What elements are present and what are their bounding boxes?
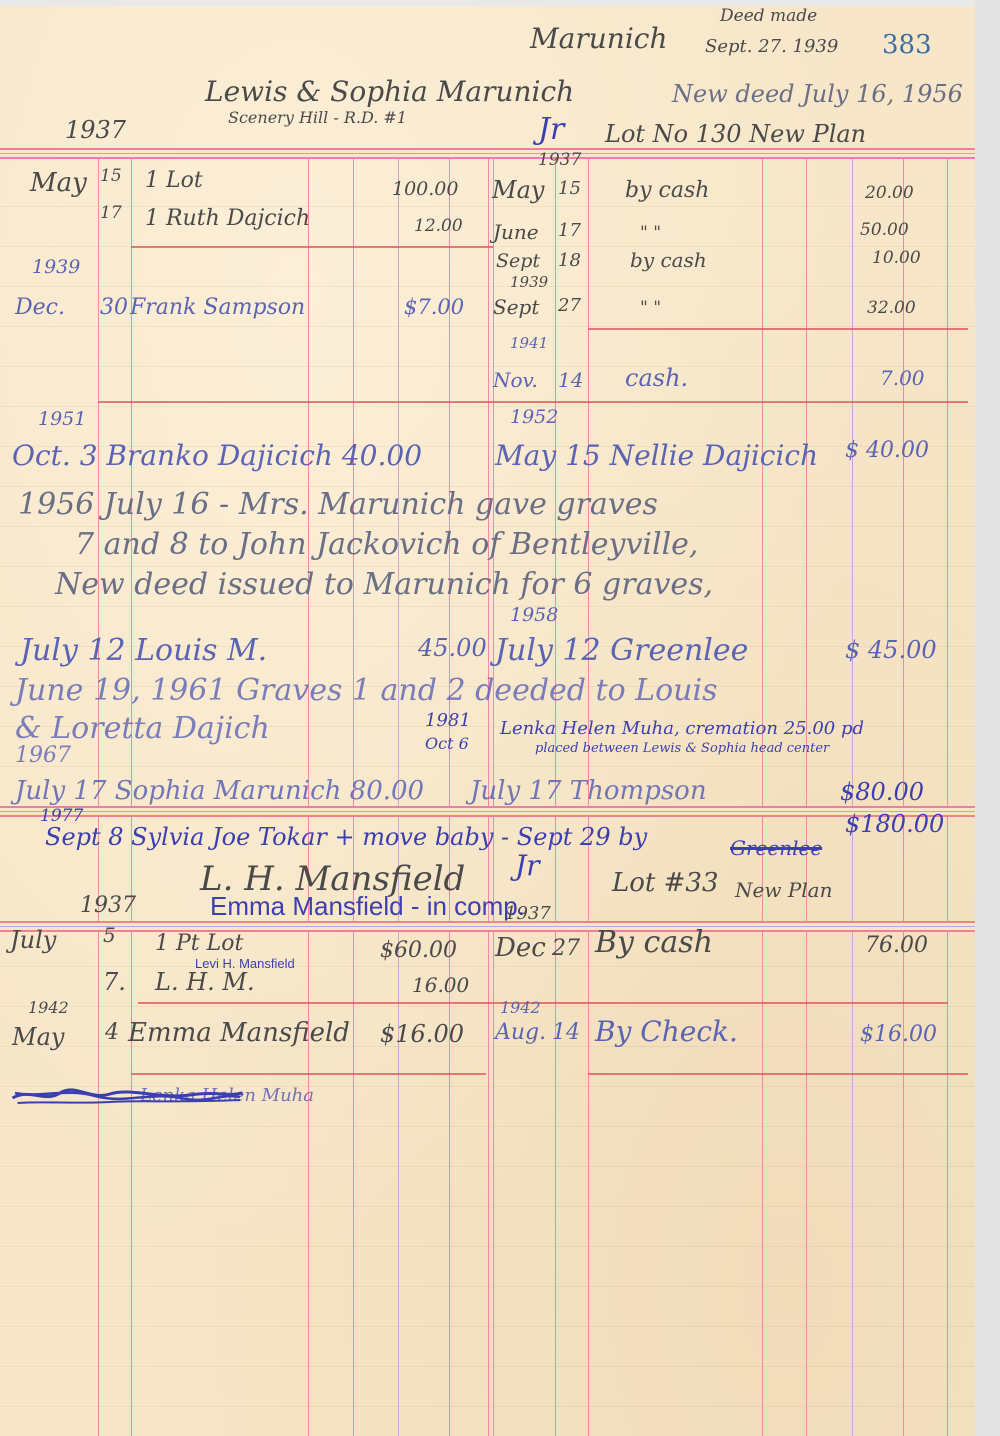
note-entry: Oct. 3 Branko Dajicich 40.00 <box>12 442 422 470</box>
note-year: 1958 <box>510 606 558 625</box>
debit-description: Emma Mansfield <box>128 1020 350 1046</box>
credit-amount: 76.00 <box>865 935 928 957</box>
account2-plan: New Plan <box>735 880 832 900</box>
credit-month: June <box>493 222 539 242</box>
credit-month: Aug. <box>495 1022 546 1044</box>
debit-amount: 100.00 <box>392 180 458 199</box>
column-rule <box>806 154 807 1436</box>
debit-amount: $60.00 <box>380 940 457 962</box>
column-rule <box>947 154 948 1436</box>
debit-description: 1 Lot <box>145 170 203 192</box>
credit-month: Nov. <box>493 370 538 390</box>
credit-year: 1939 <box>510 275 548 290</box>
scan-margin <box>975 0 1000 1436</box>
debit-description: L. H. M. <box>155 970 255 994</box>
note-amount: $180.00 <box>845 812 944 836</box>
note-line: 1956 July 16 - Mrs. Marunich gave graves <box>18 490 658 520</box>
credit-description: " " <box>640 300 661 317</box>
credit-day: 27 <box>558 297 581 315</box>
credit-year: 1937 <box>505 905 551 923</box>
credit-day: 27 <box>552 938 580 960</box>
debit-description: 1 Ruth Dajcich <box>145 208 310 230</box>
account2-owner-note: Emma Mansfield - in comp. <box>210 893 525 919</box>
debit-description: 1 Pt Lot <box>155 933 243 955</box>
struck-text: Greenlee <box>730 838 822 858</box>
debit-amount: 12.00 <box>414 218 463 235</box>
note-entry: May 15 Nellie Dajicich <box>495 442 818 470</box>
note-line: New deed issued to Marunich for 6 graves… <box>55 570 713 600</box>
credit-year: 1942 <box>500 1000 541 1016</box>
debit-day: 7. <box>103 970 126 994</box>
debit-day: 5 <box>103 925 116 945</box>
note-year: 1952 <box>510 408 558 427</box>
credit-day: 15 <box>558 180 581 198</box>
deed-made-label: Deed made <box>720 8 817 25</box>
credit-description: By cash <box>595 928 713 958</box>
account2-initials: Jr <box>515 852 540 880</box>
debit-year: 1939 <box>32 258 80 277</box>
debit-amount: $7.00 <box>404 297 464 318</box>
debit-year: 1942 <box>28 1000 69 1016</box>
new-deed-note: New deed July 16, 1956 <box>672 82 963 106</box>
credit-day: 14 <box>552 1022 580 1044</box>
note-line: June 19, 1961 Graves 1 and 2 deeded to L… <box>15 676 717 706</box>
note-amount: 45.00 <box>418 636 487 660</box>
debit-day: 4 <box>105 1022 119 1044</box>
credit-month: May <box>492 178 544 202</box>
credit-month: Dec <box>495 935 546 961</box>
note-entry: Lenka Helen Muha, cremation 25.00 pd <box>500 720 864 738</box>
credit-year: 1937 <box>538 152 581 169</box>
note-amount: $ 40.00 <box>845 440 929 462</box>
credit-amount: 32.00 <box>867 300 916 317</box>
credit-description: " " <box>640 225 661 242</box>
header-rule <box>0 806 975 817</box>
debit-month: Dec. <box>15 297 65 319</box>
credit-amount: 10.00 <box>872 250 921 267</box>
note-line: 7 and 8 to John Jackovich of Bentleyvill… <box>75 530 698 560</box>
credit-day: 17 <box>558 222 581 240</box>
account-year: 1937 <box>65 118 126 142</box>
credit-amount: 50.00 <box>860 222 909 239</box>
debit-day: 17 <box>100 205 122 222</box>
header-rule <box>0 921 975 932</box>
credit-month: Sept <box>493 297 539 317</box>
note-amount: $ 45.00 <box>845 638 937 662</box>
note-year: 1981 <box>425 712 471 730</box>
debit-month: May <box>30 170 87 196</box>
page-number: 383 <box>882 30 932 60</box>
debit-description: Frank Sampson <box>130 297 305 319</box>
note-entry: July 12 Louis M. <box>20 636 267 666</box>
header-rule <box>0 148 975 159</box>
lot-number: Lot No 130 New Plan <box>605 122 866 146</box>
account2-year: 1937 <box>80 895 136 917</box>
surname-note: Marunich <box>530 25 667 53</box>
deed-date: Sept. 27. 1939 <box>705 38 838 56</box>
note-year: 1951 <box>38 410 86 429</box>
credit-day: 14 <box>558 370 583 390</box>
credit-day: 18 <box>558 252 581 270</box>
credit-amount: $16.00 <box>860 1024 937 1046</box>
note-entry: Sept 8 Sylvia Joe Tokar + move baby - Se… <box>45 825 647 849</box>
note-amount: $80.00 <box>840 780 924 804</box>
debit-month: July <box>10 928 56 952</box>
owner-name: Lewis & Sophia Marunich <box>205 78 574 106</box>
scribble-strikeout <box>10 1083 245 1107</box>
column-rule <box>449 154 450 1436</box>
note-date: Oct 6 <box>425 736 469 752</box>
debit-day: 30 <box>100 297 128 319</box>
note-subline: placed between Lewis & Sophia head cente… <box>535 742 829 755</box>
debit-day: 15 <box>100 168 122 185</box>
debit-month: May <box>12 1025 64 1049</box>
note-year: 1967 <box>15 745 71 767</box>
note-line: & Loretta Dajich <box>15 714 270 744</box>
debit-amount: 16.00 <box>412 975 469 995</box>
column-rule <box>762 154 763 1436</box>
debit-amount: $16.00 <box>380 1022 464 1046</box>
credit-month: Sept <box>496 252 540 271</box>
note-entry: July 12 Greenlee <box>495 636 748 666</box>
credit-description: By Check. <box>595 1018 738 1046</box>
credit-year: 1941 <box>510 336 548 351</box>
credit-description: by cash <box>625 180 709 202</box>
account2-lot: Lot #33 <box>612 870 719 896</box>
credit-description: by cash <box>630 250 707 270</box>
credit-amount: 20.00 <box>865 185 914 202</box>
credit-amount: 7.00 <box>880 368 925 388</box>
note-entry: July 17 Sophia Marunich 80.00 <box>15 778 424 804</box>
owner-address: Scenery Hill - R.D. #1 <box>228 110 407 126</box>
note-entry: July 17 Thompson <box>470 778 707 804</box>
credit-description: cash. <box>625 366 688 390</box>
account-initials: Jr <box>538 115 564 145</box>
